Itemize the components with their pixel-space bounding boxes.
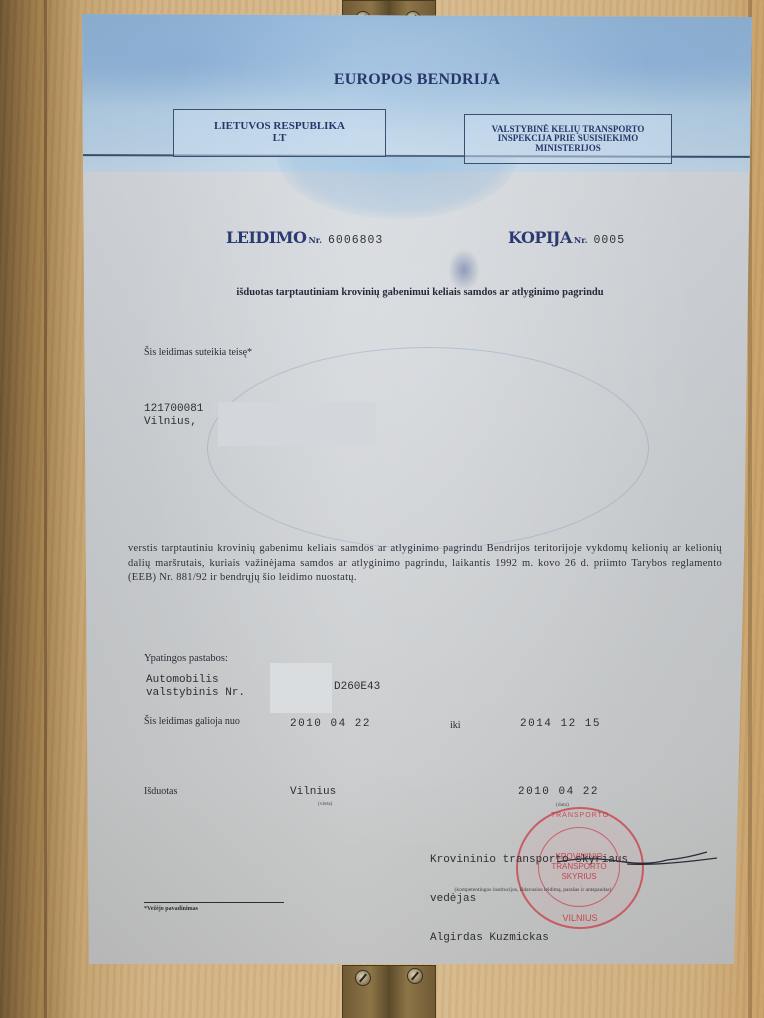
signatory-name: Algirdas Kuzmickas	[430, 932, 628, 945]
holder-city: Vilnius,	[144, 416, 197, 429]
signatory-title: vedėjas	[430, 893, 628, 906]
remarks-label: Ypatingos pastabos:	[144, 653, 228, 664]
vehicle-label: Automobilis	[146, 674, 219, 687]
redacted-plate-prefix	[270, 663, 332, 713]
footnote-divider	[144, 902, 284, 903]
screw-icon	[355, 970, 371, 986]
validity-label: Šis leidimas galioja nuo	[144, 716, 240, 727]
country-code: LT	[214, 133, 345, 145]
issued-label: Išduotas	[144, 786, 177, 797]
watermark-oval	[207, 347, 649, 549]
bottom-hinge	[342, 965, 436, 1018]
footnote: *Vežėjo pavadinimas	[144, 906, 198, 912]
nr-label: Nr.	[574, 235, 588, 245]
authority-line: MINISTERIJOS	[492, 144, 645, 153]
wall-seam	[44, 0, 47, 1018]
screw-icon	[407, 968, 423, 984]
permit-body-text: verstis tarptautiniu krovinių gabenimu k…	[128, 542, 722, 586]
valid-until-date: 2014 12 15	[520, 718, 601, 731]
copy-number-row: KOPIJANr.0005	[508, 228, 625, 247]
date-caption: (data)	[556, 802, 569, 808]
holder-code: 121700081	[144, 403, 203, 416]
permit-purpose: išduotas tarptautiniam krovinių gabenimu…	[128, 287, 712, 298]
issued-date: 2010 04 22	[518, 786, 599, 799]
signature-caption: (kompetentingos institucijos, išdavusios…	[428, 887, 638, 894]
place-caption: (vieta)	[318, 801, 332, 807]
document-title: EUROPOS BENDRIJA	[82, 71, 752, 89]
grant-label: Šis leidimas suteikia teisę*	[144, 347, 252, 358]
copy-number: 0005	[594, 234, 626, 247]
kopija-label: KOPIJA	[508, 228, 572, 247]
issuing-country-box: LIETUVOS RESPUBLIKA LT	[173, 109, 386, 157]
issued-place: Vilnius	[290, 786, 336, 799]
seal-ring-text: TRANSPORTO	[518, 812, 642, 819]
handwritten-signature	[557, 850, 717, 870]
leidimo-label: LEIDIMO	[226, 228, 306, 247]
redacted-holder-name	[218, 402, 376, 446]
permit-number-row: LEIDIMONr.6006803	[226, 228, 383, 247]
until-label: iki	[450, 720, 461, 731]
permit-number: 6006803	[328, 234, 383, 247]
issuing-authority-box: VALSTYBINĖ KELIŲ TRANSPORTO INSPEKCIJA P…	[464, 114, 672, 164]
permit-document: EUROPOS BENDRIJA LIETUVOS RESPUBLIKA LT …	[82, 14, 752, 964]
ink-stamp-mark	[448, 249, 480, 291]
valid-from-date: 2010 04 22	[290, 718, 371, 731]
nr-label: Nr.	[308, 235, 322, 245]
vehicle-plate: D260E43	[334, 681, 380, 694]
vehicle-reg-label: valstybinis Nr.	[146, 687, 245, 700]
